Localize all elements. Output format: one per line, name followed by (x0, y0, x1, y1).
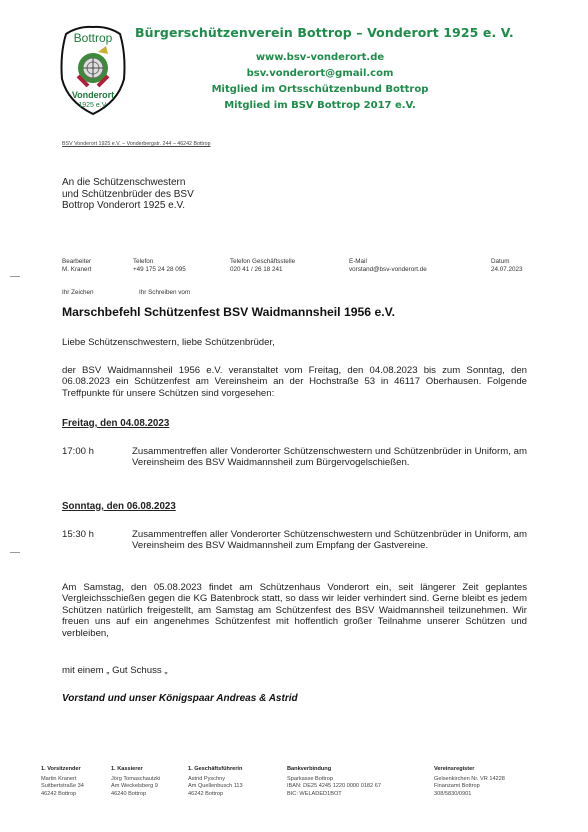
footer-line: BIC: WELADED1BOT (287, 791, 381, 798)
club-website: www.bsv-vonderort.de (135, 52, 505, 63)
footer-line: 46240 Bottrop (111, 791, 160, 798)
footer-heading: 1. Geschäftsführerin (188, 766, 243, 773)
section-time-friday: 17:00 h (62, 446, 94, 457)
section-text-friday: Zusammentreffen aller Vonderorter Schütz… (132, 446, 527, 469)
footer-line: Suitbertstraße 34 (41, 783, 84, 790)
sender-address-line: BSV Vonderort 1925 e.V. – Vonderbergstr.… (62, 141, 211, 147)
membership-line-1: Mitglied im Ortsschützenbund Bottrop (135, 84, 505, 95)
meta-your-reference: Ihr Zeichen (62, 289, 94, 296)
fold-mark-bottom (10, 552, 20, 553)
section-time-sunday: 15:30 h (62, 529, 94, 540)
svg-text:Vonderort: Vonderort (72, 90, 114, 100)
recipient-line: und Schützenbrüder des BSV (62, 189, 194, 201)
section-heading-friday: Freitag, den 04.08.2023 (62, 418, 169, 429)
club-title: Bürgerschützenverein Bottrop – Vonderort… (135, 25, 555, 40)
membership-line-2: Mitglied im BSV Bottrop 2017 e.V. (135, 100, 505, 111)
fold-mark-top (10, 276, 20, 277)
meta-label-editor: Bearbeiter (62, 258, 91, 265)
meta-value-editor: M. Kranert (62, 266, 91, 273)
recipient-address: An die Schützenschwestern und Schützenbr… (62, 177, 194, 212)
footer-line: Am Quellenbusch 113 (188, 783, 243, 790)
meta-label-phone: Telefon (133, 258, 153, 265)
club-email: bsv.vonderort@gmail.com (135, 68, 505, 79)
section-text-sunday: Zusammentreffen aller Vonderorter Schütz… (132, 529, 527, 552)
footer-line: Astrid Pyschny (188, 776, 243, 783)
svg-text:Bottrop: Bottrop (74, 31, 113, 45)
meta-value-date: 24.07.2023 (491, 266, 523, 273)
meta-label-email: E-Mail (349, 258, 367, 265)
footer-line: 46242 Bottrop (188, 791, 243, 798)
footer-treasurer: 1. Kassierer Jörg Tomaschautzki Am Wecke… (111, 766, 160, 798)
salutation: mit einem „ Gut Schuss „ (62, 665, 527, 676)
footer-heading: 1. Kassierer (111, 766, 160, 773)
footer-heading: Bankverbindung (287, 766, 381, 773)
footer-register: Vereinsregister Gelsenkirchen Nr. VR 142… (434, 766, 505, 798)
closing-paragraph: Am Samstag, den 05.08.2023 findet am Sch… (62, 582, 527, 639)
meta-value-office-phone: 020 41 / 26 18 241 (230, 266, 283, 273)
footer-line: IBAN: DE25 4245 1220 0000 0182 67 (287, 783, 381, 790)
footer-line: Jörg Tomaschautzki (111, 776, 160, 783)
footer-line: Martin Kranert (41, 776, 84, 783)
meta-label-date: Datum (491, 258, 510, 265)
section-heading-sunday: Sonntag, den 06.08.2023 (62, 501, 176, 512)
intro-paragraph: der BSV Waidmannsheil 1956 e.V. veransta… (62, 365, 527, 399)
footer-heading: Vereinsregister (434, 766, 505, 773)
footer-bank: Bankverbindung Sparkasse Bottrop IBAN: D… (287, 766, 381, 798)
footer-chairman: 1. Vorsitzender Martin Kranert Suitberts… (41, 766, 84, 798)
club-crest-shield-icon: Bottrop Vonderort 1925 e.V. (58, 24, 128, 116)
letter-subject: Marschbefehl Schützenfest BSV Waidmannsh… (62, 305, 395, 319)
meta-value-phone: +49 175 24 28 095 (133, 266, 186, 273)
meta-your-letter: Ihr Schreiben vom (139, 289, 190, 296)
footer-managing-director: 1. Geschäftsführerin Astrid Pyschny Am Q… (188, 766, 243, 798)
svg-text:1925 e.V.: 1925 e.V. (78, 102, 107, 109)
footer-line: Sparkasse Bottrop (287, 776, 381, 783)
footer-line: Am Weckelsberg 9 (111, 783, 160, 790)
recipient-line: An die Schützenschwestern (62, 177, 194, 189)
footer-line: Finanzamt Bottrop (434, 783, 505, 790)
footer-line: 308/5830/0901 (434, 791, 505, 798)
footer-heading: 1. Vorsitzender (41, 766, 84, 773)
meta-value-email: vorstand@bsv-vonderort.de (349, 266, 427, 273)
footer-line: Gelsenkirchen Nr. VR 14228 (434, 776, 505, 783)
signature: Vorstand und unser Königspaar Andreas & … (62, 693, 298, 704)
footer-line: 46242 Bottrop (41, 791, 84, 798)
greeting: Liebe Schützenschwestern, liebe Schützen… (62, 337, 527, 348)
recipient-line: Bottrop Vonderort 1925 e.V. (62, 200, 194, 212)
meta-label-office-phone: Telefon Geschäftsstelle (230, 258, 295, 265)
